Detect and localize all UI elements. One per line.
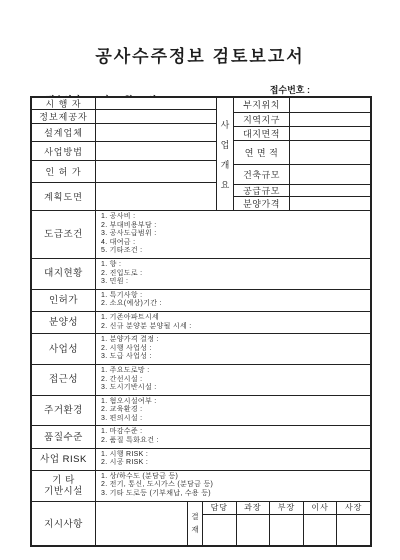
total-floor-area-label: 연 면 적 <box>234 141 290 164</box>
report-form-table: 시 행 자 정보제공자 설계업체 사업방법 인 허 가 <box>30 96 372 547</box>
executor-label: 시 행 자 <box>32 98 96 109</box>
salability-label: 분양성 <box>32 312 96 333</box>
design-firm-input[interactable] <box>96 124 217 141</box>
other-infrastructure-row: 기 타 기반시설 1. 상/하수도 (분담금 등) 2. 전기, 통신, 도시가… <box>32 471 370 502</box>
quality-level-input[interactable]: 1. 마감수준 : 2. 품질 특화요건 : <box>96 426 370 447</box>
info-provider-label: 정보제공자 <box>32 110 96 123</box>
approval-label-char: 결 <box>191 511 198 522</box>
overview-left-table: 시 행 자 정보제공자 설계업체 사업방법 인 허 가 <box>32 98 217 210</box>
form-line: 1. 혐오시설여부 : <box>101 398 367 407</box>
business-feasibility-input[interactable]: 1. 분양가격 결정 : 2. 시행 사업성 : 3. 도급 사업성 : <box>96 334 370 364</box>
approval-sign-table: 담당 과장 부장 이사 사장 <box>203 502 370 545</box>
other-infrastructure-input[interactable]: 1. 상/하수도 (분담금 등) 2. 전기, 통신, 도시가스 (분담금 등)… <box>96 471 370 501</box>
form-line: 1. 주요도로망 : <box>101 367 367 376</box>
site-status-row: 대지현황 1. 향 : 2. 진입도로 : 3. 민원 : <box>32 259 370 290</box>
executor-input[interactable] <box>96 98 217 109</box>
building-scale-label: 건축규모 <box>234 165 290 184</box>
vertical-label-char: 사 <box>221 118 230 131</box>
business-method-input[interactable] <box>96 142 217 160</box>
living-environment-row: 주거환경 1. 혐오시설여부 : 2. 교육환경 : 3. 편의시설 : <box>32 396 370 427</box>
business-risk-input[interactable]: 1. 시행 RISK : 2. 시공 RISK : <box>96 449 370 470</box>
approval-vertical-label: 결 재 <box>188 502 203 545</box>
supply-scale-label: 공급규모 <box>234 185 290 196</box>
form-line: 2. 소요(예상)기간 : <box>101 300 367 309</box>
vertical-label-char: 업 <box>221 138 230 151</box>
table-row: 설계업체 <box>32 124 217 142</box>
sale-price-input[interactable] <box>290 197 370 210</box>
quality-level-label: 품질수준 <box>32 426 96 447</box>
plan-drawing-input[interactable] <box>96 183 217 210</box>
form-line: 2. 간선시설 : <box>101 376 367 385</box>
instructions-approval-row: 지시사항 결 재 담당 과장 부장 이사 사장 <box>32 502 370 545</box>
table-row: 지역지구 <box>234 113 370 127</box>
zoning-district-input[interactable] <box>290 113 370 126</box>
accessibility-label: 접근성 <box>32 365 96 395</box>
total-floor-area-input[interactable] <box>290 141 370 164</box>
form-line: 1. 마감수준 : <box>101 428 367 437</box>
approval-label-char: 재 <box>191 524 198 535</box>
business-risk-label: 사업 RISK <box>32 449 96 470</box>
supply-scale-input[interactable] <box>290 185 370 196</box>
table-row: 계획도면 <box>32 183 217 210</box>
table-row: 건축규모 <box>234 165 370 185</box>
permit-label: 인 허 가 <box>32 161 96 182</box>
form-line: 1. 분양가격 결정 : <box>101 336 367 345</box>
table-row: 정보제공자 <box>32 110 217 124</box>
living-environment-input[interactable]: 1. 혐오시설여부 : 2. 교육환경 : 3. 편의시설 : <box>96 396 370 426</box>
contract-conditions-row: 도급조건 1. 공사비 : 2. 부대비용부담 : 3. 공사도급범위 : 4.… <box>32 211 370 259</box>
design-firm-label: 설계업체 <box>32 124 96 141</box>
living-environment-label: 주거환경 <box>32 396 96 426</box>
business-method-label: 사업방법 <box>32 142 96 160</box>
land-area-label: 대지면적 <box>234 127 290 140</box>
info-provider-input[interactable] <box>96 110 217 123</box>
zoning-district-label: 지역지구 <box>234 113 290 126</box>
table-row: 연 면 적 <box>234 141 370 165</box>
approver-staff-label: 담당 <box>203 502 237 514</box>
salability-input[interactable]: 1. 기존아파트시세 2. 신규 분양분 분양될 시세 : <box>96 312 370 333</box>
instructions-label: 지시사항 <box>32 502 96 545</box>
form-line: 3. 기타 도로등 (기부채납, 수용 등) <box>101 490 367 499</box>
land-area-input[interactable] <box>290 127 370 140</box>
vertical-label-char: 개 <box>221 158 230 171</box>
form-line: 1. 시행 RISK : <box>101 451 367 460</box>
table-row: 공급규모 <box>234 185 370 197</box>
site-status-label: 대지현황 <box>32 259 96 289</box>
table-row: 대지면적 <box>234 127 370 141</box>
form-line: 2. 교육환경 : <box>101 406 367 415</box>
form-line: 3. 공사도급범위 : <box>101 230 367 239</box>
sale-price-label: 분양가격 <box>234 197 290 210</box>
other-label-line1: 기 타 <box>52 475 75 486</box>
vertical-label-char: 요 <box>221 178 230 191</box>
approval-header-row: 담당 과장 부장 이사 사장 <box>203 502 370 515</box>
approver-director-label: 이사 <box>304 502 338 514</box>
site-location-label: 부지위치 <box>234 98 290 112</box>
form-line: 1. 공사비 : <box>101 213 367 222</box>
permit-detail-label: 인허가 <box>32 290 96 311</box>
project-overview-vertical-label: 사 업 개 요 <box>217 98 234 210</box>
approver-president-label: 사장 <box>337 502 370 514</box>
table-row: 인 허 가 <box>32 161 217 183</box>
other-infrastructure-label: 기 타 기반시설 <box>32 471 96 501</box>
accessibility-row: 접근성 1. 주요도로망 : 2. 간선시설 : 3. 도시기반시설 : <box>32 365 370 396</box>
other-label-line2: 기반시설 <box>44 486 83 497</box>
plan-drawing-label: 계획도면 <box>32 183 96 210</box>
approval-signature-row <box>203 515 370 545</box>
business-feasibility-label: 사업성 <box>32 334 96 364</box>
signature-cell-general-manager[interactable] <box>270 515 304 545</box>
accessibility-input[interactable]: 1. 주요도로망 : 2. 간선시설 : 3. 도시기반시설 : <box>96 365 370 395</box>
report-page: 공사수주정보 검토보고서 접수일자 :년 월 일 접수번호 : 시 행 자 정보… <box>0 0 400 560</box>
signature-cell-staff[interactable] <box>203 515 237 545</box>
instructions-input[interactable] <box>96 502 188 545</box>
signature-cell-manager[interactable] <box>237 515 271 545</box>
overview-right-table: 부지위치 지역지구 대지면적 연 면 적 건축규모 <box>234 98 370 210</box>
approver-general-manager-label: 부장 <box>270 502 304 514</box>
form-line: 1. 향 : <box>101 261 367 270</box>
form-line: 2. 부대비용부담 : <box>101 222 367 231</box>
table-row: 분양가격 <box>234 197 370 210</box>
approver-manager-label: 과장 <box>237 502 271 514</box>
site-status-input[interactable]: 1. 향 : 2. 진입도로 : 3. 민원 : <box>96 259 370 289</box>
table-row: 부지위치 <box>234 98 370 113</box>
business-feasibility-row: 사업성 1. 분양가격 결정 : 2. 시행 사업성 : 3. 도급 사업성 : <box>32 334 370 365</box>
contract-conditions-label: 도급조건 <box>32 211 96 258</box>
form-line: 3. 민원 : <box>101 278 367 287</box>
permit-detail-input[interactable]: 1. 특기사항 : 2. 소요(예상)기간 : <box>96 290 370 311</box>
table-row: 시 행 자 <box>32 98 217 110</box>
table-row: 사업방법 <box>32 142 217 161</box>
form-line: 3. 도시기반시설 : <box>101 384 367 393</box>
business-risk-row: 사업 RISK 1. 시행 RISK : 2. 시공 RISK : <box>32 449 370 471</box>
quality-level-row: 품질수준 1. 마감수준 : 2. 품질 특화요건 : <box>32 426 370 448</box>
form-line: 1. 기존아파트시세 <box>101 314 367 323</box>
permit-detail-row: 인허가 1. 특기사항 : 2. 소요(예상)기간 : <box>32 290 370 312</box>
form-line: 2. 신규 분양분 분양될 시세 : <box>101 323 367 332</box>
permit-input[interactable] <box>96 161 217 182</box>
form-line: 2. 시공 RISK : <box>101 459 367 468</box>
form-line: 5. 기타조건 : <box>101 247 367 256</box>
building-scale-input[interactable] <box>290 165 370 184</box>
page-title: 공사수주정보 검토보고서 <box>0 42 400 67</box>
signature-cell-director[interactable] <box>304 515 338 545</box>
form-line: 2. 품질 특화요건 : <box>101 437 367 446</box>
form-line: 2. 전기, 통신, 도시가스 (분담금 등) <box>101 481 367 490</box>
form-line: 3. 도급 사업성 : <box>101 353 367 362</box>
form-line: 3. 편의시설 : <box>101 415 367 424</box>
salability-row: 분양성 1. 기존아파트시세 2. 신규 분양분 분양될 시세 : <box>32 312 370 334</box>
form-line: 2. 진입도로 : <box>101 270 367 279</box>
contract-conditions-input[interactable]: 1. 공사비 : 2. 부대비용부담 : 3. 공사도급범위 : 4. 대여금 … <box>96 211 370 258</box>
signature-cell-president[interactable] <box>337 515 370 545</box>
site-location-input[interactable] <box>290 98 370 112</box>
overview-section: 시 행 자 정보제공자 설계업체 사업방법 인 허 가 <box>32 98 370 211</box>
